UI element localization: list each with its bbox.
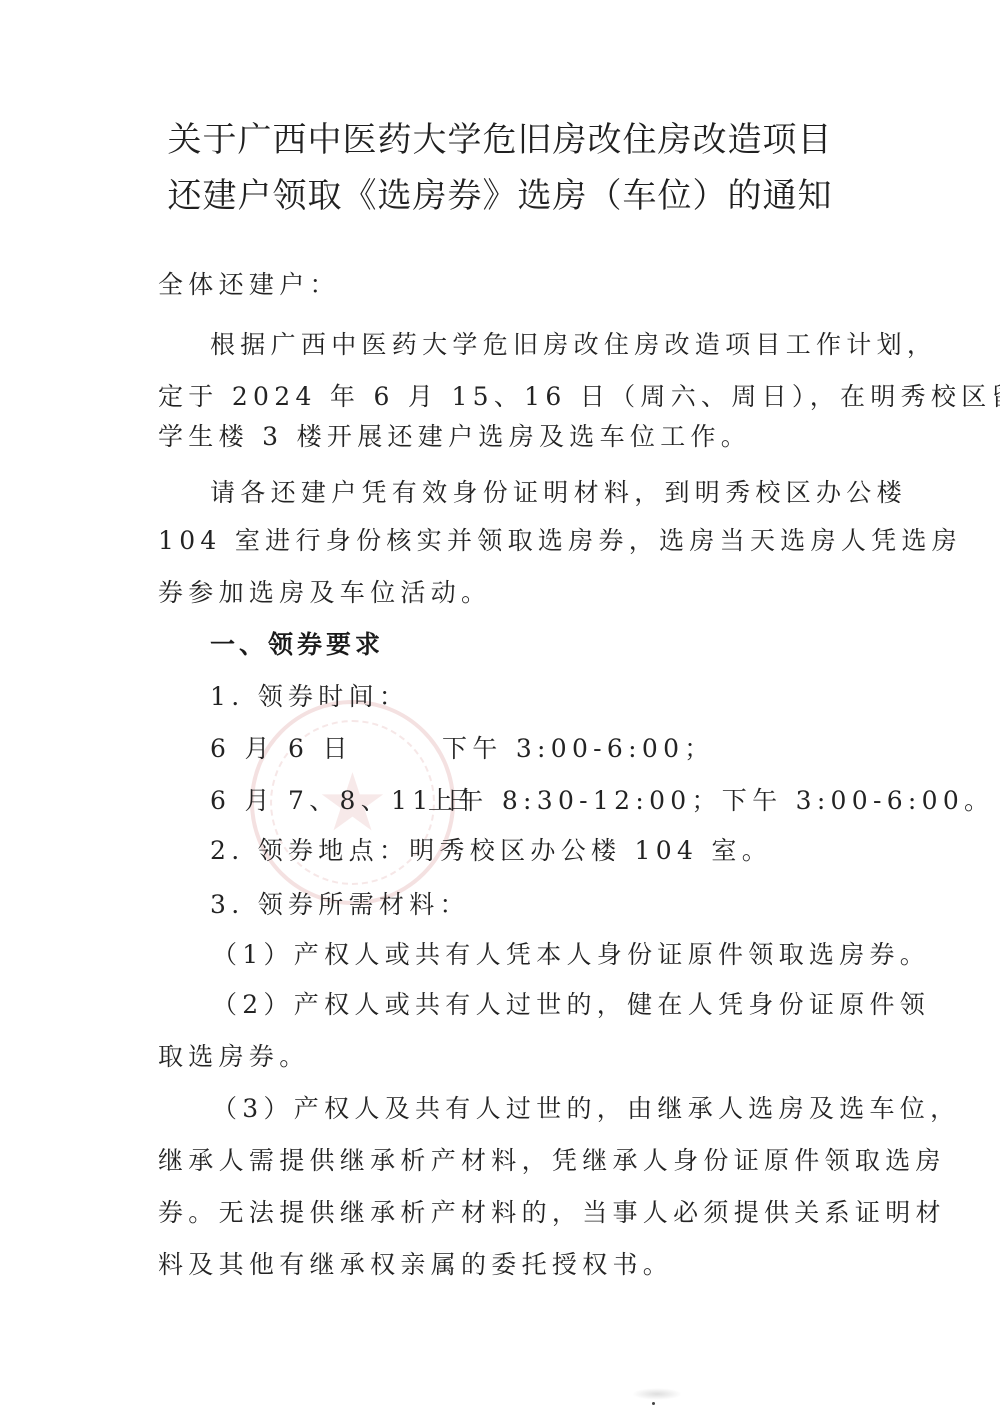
paragraph-2-line-3: 券参加选房及车位活动。 <box>158 576 491 610</box>
item-2-location: 2. 领券地点：明秀校区办公楼 104 室。 <box>210 834 772 868</box>
item-1-label: 1. 领券时间： <box>210 680 409 714</box>
title-line-2: 还建户领取《选房券》选房（车位）的通知 <box>0 168 1000 224</box>
schedule-date-2: 6 月 7、8、11 日 <box>210 784 428 818</box>
item-3-label: 3. 领券所需材料： <box>210 888 470 922</box>
paragraph-1-line-3: 学生楼 3 楼开展还建户选房及选车位工作。 <box>158 420 751 454</box>
schedule-time-1: 下午 3:00-6:00； <box>442 732 715 766</box>
material-3-line-2: 继承人需提供继承析产材料，凭继承人身份证原件领取选房 <box>158 1144 946 1178</box>
paragraph-2-line-1: 请各还建户凭有效身份证明材料，到明秀校区办公楼 <box>210 476 907 510</box>
schedule-time-2: 上午 8:30-12:00；下午 3:00-6:00。 <box>428 784 994 818</box>
title-line-1: 关于广西中医药大学危旧房改住房改造项目 <box>0 112 1000 168</box>
material-3-line-1: （3）产权人及共有人过世的，由继承人选房及选车位， <box>212 1092 960 1126</box>
paragraph-1-line-1: 根据广西中医药大学危旧房改住房改造项目工作计划， <box>210 328 937 362</box>
material-2-line-2: 取选房券。 <box>158 1040 310 1074</box>
schedule-row-1: 6 月 6 日下午 3:00-6:00； <box>210 732 715 766</box>
document-page: ★ 关于广西中医药大学危旧房改住房改造项目 还建户领取《选房券》选房（车位）的通… <box>0 0 1000 1419</box>
scan-artifact <box>632 1388 682 1400</box>
material-3-line-4: 料及其他有继承权亲属的委托授权书。 <box>158 1248 673 1282</box>
scan-artifact-dot <box>652 1402 655 1405</box>
material-3-line-3: 券。无法提供继承析产材料的，当事人必须提供关系证明材 <box>158 1196 946 1230</box>
paragraph-2-line-2: 104 室进行身份核实并领取选房券，选房当天选房人凭选房 <box>158 524 962 558</box>
document-title: 关于广西中医药大学危旧房改住房改造项目 还建户领取《选房券》选房（车位）的通知 <box>0 112 1000 224</box>
schedule-row-2: 6 月 7、8、11 日上午 8:30-12:00；下午 3:00-6:00。 <box>210 784 994 818</box>
material-2-line-1: （2）产权人或共有人过世的，健在人凭身份证原件领 <box>212 988 930 1022</box>
paragraph-1-line-2: 定于 2024 年 6 月 15、16 日（周六、周日），在明秀校区留 <box>158 380 1000 414</box>
section-heading-1: 一、领券要求 <box>210 628 384 662</box>
schedule-date-1: 6 月 6 日 <box>210 732 442 766</box>
salutation: 全体还建户： <box>158 268 340 302</box>
material-1: （1）产权人或共有人凭本人身份证原件领取选房券。 <box>212 938 930 972</box>
